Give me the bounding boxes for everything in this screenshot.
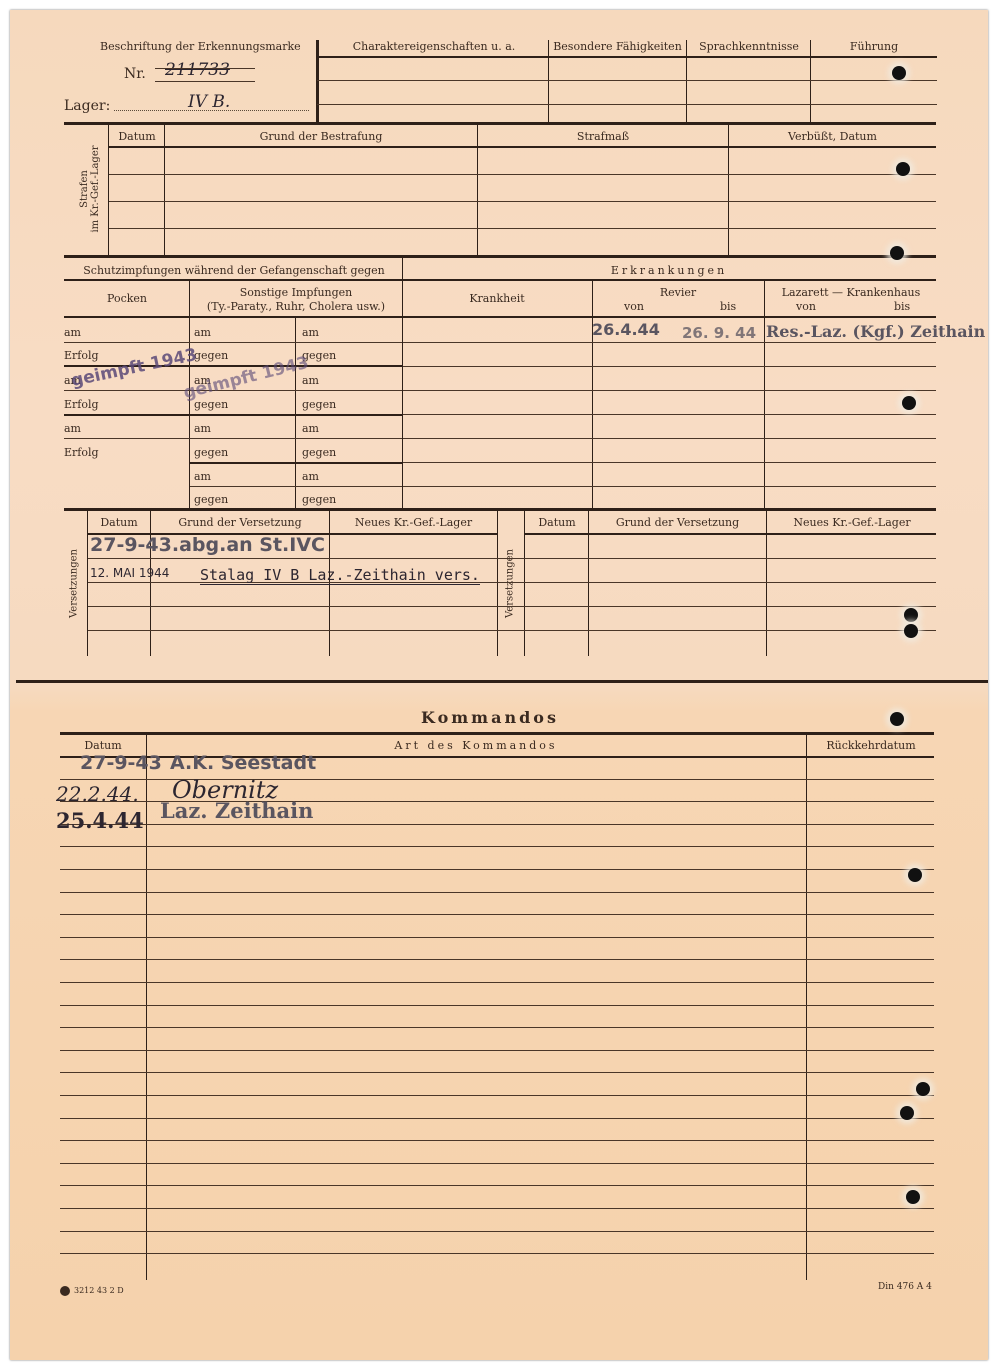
divider <box>108 124 109 256</box>
rule <box>190 462 402 464</box>
din-label: Din 476 A 4 <box>878 1282 932 1292</box>
rule <box>60 937 934 938</box>
rule <box>60 892 934 893</box>
divider <box>477 124 478 256</box>
punch-hole <box>904 624 918 638</box>
col-fuehrung: Führung <box>812 40 936 53</box>
lazarett-bis: bis <box>894 300 910 313</box>
rule <box>60 1208 934 1209</box>
lager-label: Lager: <box>64 98 110 114</box>
rule <box>60 1050 934 1051</box>
versetzung-text-2: Stalag IV B Laz.-Zeithain vers. <box>200 566 480 585</box>
rule <box>60 1231 934 1232</box>
sonstige-gegen-3b: gegen <box>302 446 336 459</box>
punch-hole <box>892 66 906 80</box>
rule <box>64 316 936 318</box>
rule <box>64 255 936 258</box>
erkrankungen-title: Erkrankungen <box>404 264 934 277</box>
rule <box>109 201 936 202</box>
divider <box>402 258 403 508</box>
divider <box>686 40 687 122</box>
rule <box>60 982 934 983</box>
rule <box>403 366 936 367</box>
rule <box>60 1118 934 1119</box>
divider <box>592 280 593 508</box>
fold-line <box>16 680 988 683</box>
col-faehigkeiten: Besondere Fähigkeiten <box>550 40 685 53</box>
col-charakter: Charaktereigenschaften u. a. <box>320 40 548 53</box>
col-kommando-datum: Datum <box>60 739 146 752</box>
punch-hole <box>908 868 922 882</box>
revier-bis-stamp: 26. 9. 44 <box>682 324 756 342</box>
divider <box>806 734 807 1280</box>
header-divider <box>316 40 319 122</box>
col-sprachen: Sprachkenntnisse <box>688 40 810 53</box>
rule <box>60 824 934 825</box>
lazarett-stamp: Res.-Laz. (Kgf.) Zeithain <box>766 322 985 341</box>
col-strafen-datum: Datum <box>110 130 164 143</box>
punch-hole <box>904 608 918 622</box>
divider <box>764 280 765 508</box>
impfungen-title: Schutzimpfungen während der Gefangenscha… <box>66 264 402 277</box>
kommando-text-1: A.K. Seestadt <box>170 752 316 774</box>
rule <box>403 390 936 391</box>
divider <box>164 124 165 256</box>
pocken-erfolg-2: Erfolg <box>64 398 99 411</box>
pocken-erfolg-3: Erfolg <box>64 446 99 459</box>
revier-label: Revier <box>594 286 762 299</box>
divider <box>810 40 811 122</box>
rule <box>317 104 937 105</box>
versetzung-date-2: 12. MAI 1944 <box>90 566 169 580</box>
rule <box>403 414 936 415</box>
divider <box>150 510 151 656</box>
kommando-date-1: 27-9-43 <box>80 752 162 774</box>
divider <box>295 317 296 508</box>
rule <box>403 342 936 343</box>
printer-logo-icon <box>60 1286 70 1296</box>
rule <box>88 606 936 607</box>
punch-hole <box>890 712 904 726</box>
rule <box>403 486 936 487</box>
rule <box>88 558 936 559</box>
sonstige-am-4a: am <box>194 470 211 483</box>
col-vers-datum-right: Datum <box>526 516 588 529</box>
nr-label: Nr. <box>124 66 146 82</box>
divider <box>588 510 589 656</box>
col-vers-lager-right: Neues Kr.-Gef.-Lager <box>768 516 936 529</box>
sonstige-gegen-4b: gegen <box>302 493 336 506</box>
rule <box>109 146 936 148</box>
punch-hole <box>902 396 916 410</box>
rule <box>60 1005 934 1006</box>
sonstige-am-1b: am <box>302 326 319 339</box>
document-sheet: Beschriftung der Erkennungsmarke Nr. 211… <box>10 10 988 1360</box>
lazarett-von: von <box>796 300 816 313</box>
col-kommando-art: Art des Kommandos <box>148 739 804 752</box>
rule <box>64 279 936 281</box>
rule <box>109 228 936 229</box>
versetzung-stamp-1: 27-9-43.abg.an St.IVC <box>90 534 325 556</box>
kommando-date-3: 25.4.44 <box>56 808 144 833</box>
col-grund-bestrafung: Grund der Bestrafung <box>166 130 476 143</box>
versetzungen-side-label-left: Versetzungen <box>69 534 80 634</box>
divider <box>728 124 729 256</box>
rule <box>403 462 936 463</box>
rule <box>64 414 402 416</box>
sonstige-am-2b: am <box>302 374 319 387</box>
sonstige-label: Sonstige Impfungen <box>191 286 401 299</box>
pocken-am-1: am <box>64 326 81 339</box>
rule <box>525 533 936 535</box>
kommando-date-2: 22.2.44. <box>56 782 139 806</box>
col-vers-datum-left: Datum <box>89 516 149 529</box>
divider <box>87 510 88 656</box>
kommandos-title: Kommandos <box>310 708 670 727</box>
strafen-side-label-2: im Kr.-Gef.-Lager <box>90 129 101 249</box>
rule <box>60 1072 934 1073</box>
divider <box>766 510 767 656</box>
rule <box>317 56 937 58</box>
col-vers-grund-left: Grund der Versetzung <box>152 516 328 529</box>
strafen-side-label-1: Strafen <box>79 129 90 249</box>
revier-von-stamp: 26.4.44 <box>592 320 660 339</box>
rule <box>88 630 936 631</box>
strafen-side-label: Strafen im Kr.-Gef.-Lager <box>79 129 101 249</box>
tag-label: Beschriftung der Erkennungsmarke <box>100 40 300 53</box>
sonstige-am-1a: am <box>194 326 211 339</box>
punch-hole <box>900 1106 914 1120</box>
rule <box>60 1095 934 1096</box>
col-vers-grund-right: Grund der Versetzung <box>590 516 765 529</box>
kommando-text-3: Laz. Zeithain <box>160 798 313 823</box>
lazarett-label: Lazarett — Krankenhaus <box>766 286 936 299</box>
rule <box>64 122 936 125</box>
nr-strike-lines <box>155 68 255 82</box>
divider <box>548 40 549 122</box>
rule <box>317 80 937 81</box>
rule <box>60 914 934 915</box>
col-strafmass: Strafmaß <box>479 130 727 143</box>
rule <box>60 1163 934 1164</box>
pocken-erfolg-1: Erfolg <box>64 349 99 362</box>
lager-value: IV B. <box>188 92 230 112</box>
rule <box>403 438 936 439</box>
col-vers-lager-left: Neues Kr.-Gef.-Lager <box>331 516 496 529</box>
rule <box>64 342 402 343</box>
rule <box>60 869 934 870</box>
versetzungen-side-label-right: Versetzungen <box>505 534 516 634</box>
sonstige-gegen-3a: gegen <box>194 446 228 459</box>
punch-hole <box>890 246 904 260</box>
sonstige-gegen-1a: gegen <box>194 349 228 362</box>
divider <box>524 510 525 656</box>
revier-von: von <box>624 300 644 313</box>
sonstige-gegen-4a: gegen <box>194 493 228 506</box>
pocken-am-3: am <box>64 422 81 435</box>
rule <box>60 846 934 847</box>
col-rueckkehr: Rückkehrdatum <box>808 739 934 752</box>
rule <box>60 1140 934 1141</box>
divider <box>146 734 147 1280</box>
sonstige-gegen-2b: gegen <box>302 398 336 411</box>
rule <box>60 732 934 735</box>
divider <box>497 510 498 656</box>
rule <box>60 1027 934 1028</box>
rule <box>60 1253 934 1254</box>
punch-hole <box>916 1082 930 1096</box>
rule <box>60 1185 934 1186</box>
pocken-label: Pocken <box>66 292 188 305</box>
rule <box>109 174 936 175</box>
sonstige-am-3b: am <box>302 422 319 435</box>
rule <box>64 438 402 439</box>
rule <box>190 486 402 487</box>
krankheit-label: Krankheit <box>404 292 590 305</box>
rule <box>60 959 934 960</box>
col-verbuesst: Verbüßt, Datum <box>730 130 935 143</box>
print-code: 3212 43 2 D <box>74 1286 124 1295</box>
revier-bis: bis <box>720 300 736 313</box>
punch-hole <box>906 1190 920 1204</box>
rule <box>64 508 936 511</box>
sonstige-am-4b: am <box>302 470 319 483</box>
punch-hole <box>896 162 910 176</box>
sonstige-am-3a: am <box>194 422 211 435</box>
sonstige-sub-label: (Ty.-Paraty., Ruhr, Cholera usw.) <box>191 300 401 313</box>
